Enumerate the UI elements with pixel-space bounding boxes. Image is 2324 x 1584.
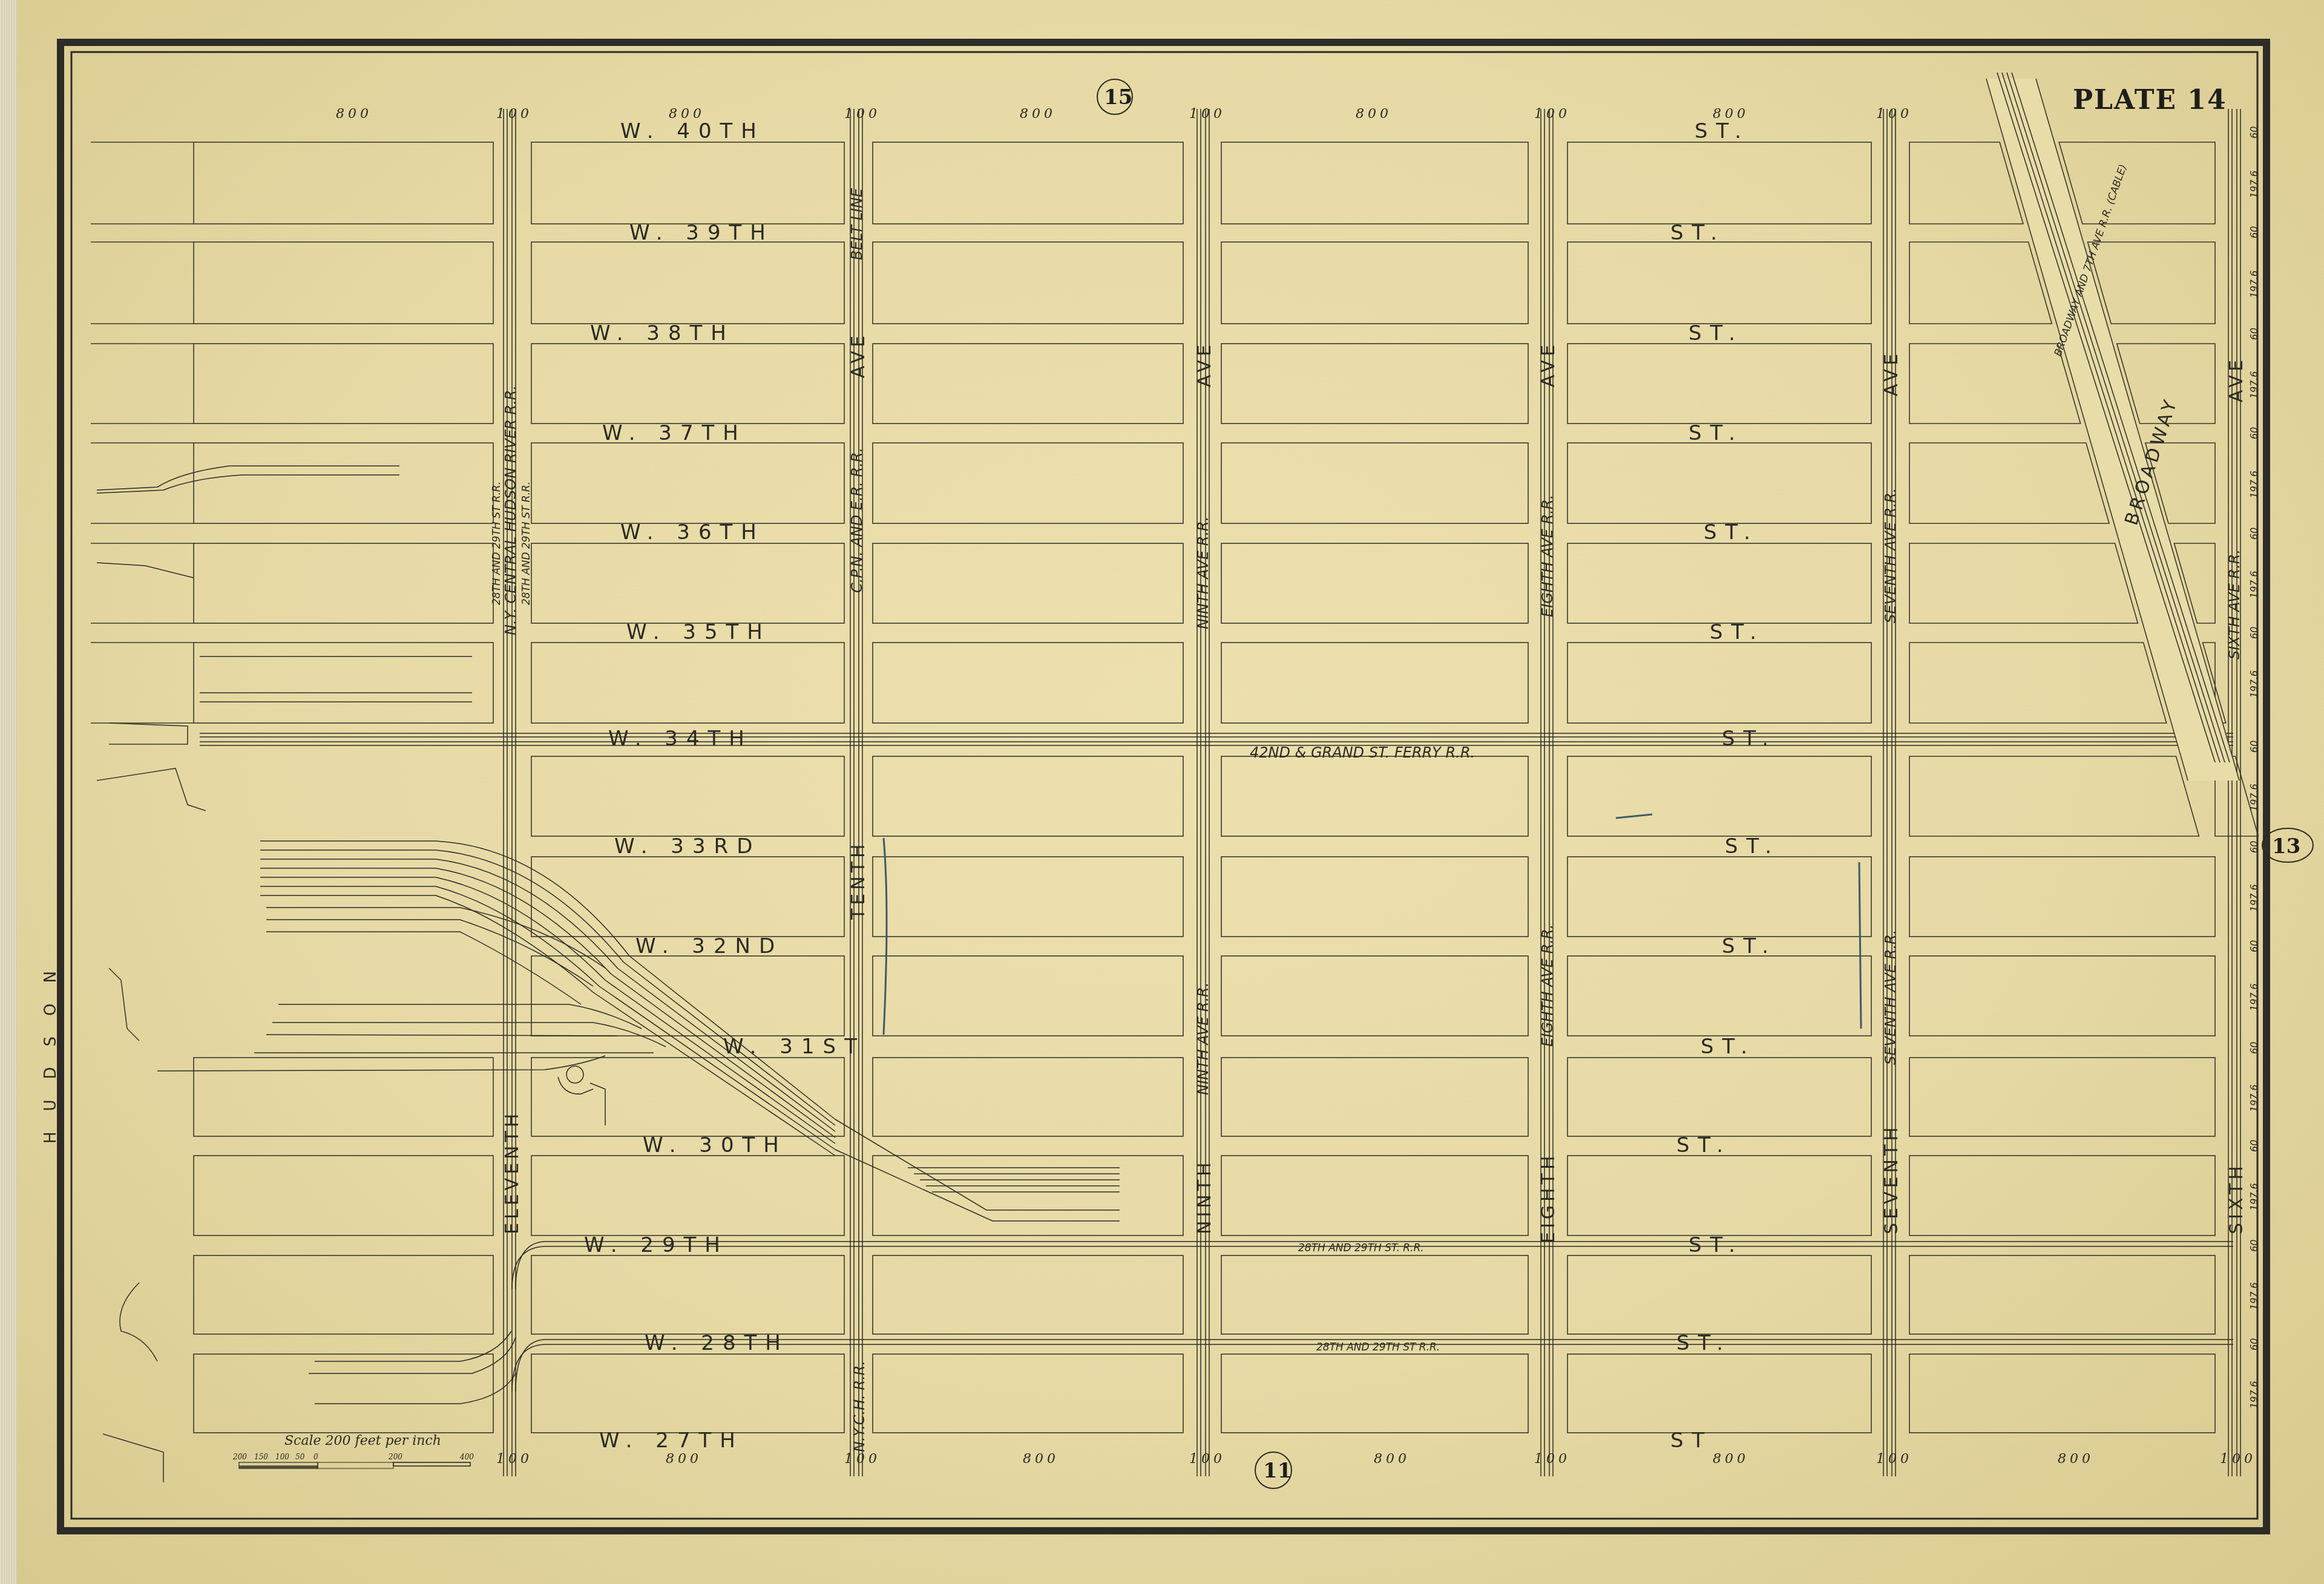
scale-tick-200e: 200 [388,1453,402,1461]
rr-label-seventh-ave: SEVENTH AVE R.R. [1882,488,1899,623]
scale-tick-150: 150 [254,1453,268,1461]
rr-label-eighth-ave-south: EIGHTH AVE R.R. [1539,925,1556,1047]
dim-bot-1: 800 [666,1451,702,1467]
street-suffix-w27: ST [1670,1429,1713,1453]
street-suffix-w29: ST. [1689,1233,1744,1257]
street-label-w28: W. 28TH [645,1331,789,1355]
railroad-labels: N.Y. CENTRAL HUDSON RIVER R.R. 28TH AND … [491,163,2243,1452]
dim-bot-ave-1: 100 [496,1451,533,1467]
avenue-ave-tenth: AVE [848,332,869,378]
scale-tick-0: 0 [313,1453,318,1461]
street-suffix-w30: ST. [1676,1133,1732,1157]
scale-tick-200w: 200 [232,1453,247,1461]
street-width-label: 60 [2248,528,2260,540]
street-suffix-w38: ST. [1689,321,1744,345]
lot-depth-label: 197.6 [2248,670,2260,698]
dim-top-ave-3: 100 [1189,106,1226,122]
river-label: HUDSON [42,951,60,1144]
dim-top-ave-2: 100 [844,106,881,122]
rr-label-cpn-er: C.P.N. AND E.R. R.R. [849,448,865,593]
adjacent-sheet-south[interactable]: 11 [1255,1452,1292,1488]
adjacent-sheet-north[interactable]: 15 [1097,79,1132,114]
rr-label-28-29-west: 28TH AND 29TH ST R.R. [491,482,503,605]
rr-label-belt-line: BELT LINE [849,188,865,260]
rr-label-28-29-east: 28TH AND 29TH ST R.R. [520,482,533,605]
crosstown-28-29-tracks [512,1242,2233,1392]
dim-top-3: 800 [1020,106,1056,122]
roundhouse [558,1066,605,1125]
street-suffix-w36: ST. [1704,520,1759,545]
street-suffix-w37: ST. [1689,421,1744,445]
street-width-label: 60 [2248,328,2260,340]
street-label-w36: W. 36TH [620,520,765,545]
city-blocks [91,142,2258,1433]
dim-top-ave-1: 100 [496,106,533,122]
rr-label-42nd-grand-ferry: 42ND & GRAND ST. FERRY R.R. [1250,744,1475,761]
street-label-w38: W. 38TH [590,321,735,345]
street-label-w30: W. 30TH [643,1133,787,1157]
avenue-label-eighth: EIGHTH [1538,1153,1559,1244]
street-suffix-w28: ST. [1676,1331,1732,1355]
dim-bot-ave-5: 100 [1876,1451,1912,1467]
avenue-ave-sixth: AVE [2226,356,2247,402]
crosstown-34th-tracks [200,733,2233,745]
scale-bar: Scale 200 feet per inch 200 150 100 50 0… [232,1433,474,1468]
street-label-w32: W. 32ND [635,934,783,958]
scale-title: Scale 200 feet per inch [284,1433,441,1448]
street-width-label: 60 [2248,1338,2260,1350]
sheet-number-north: 15 [1104,85,1132,110]
rr-label-28-29-on-28th: 28TH AND 29TH ST R.R. [1316,1341,1440,1353]
street-width-label: 60 [2248,126,2260,139]
street-width-label: 60 [2248,1240,2260,1252]
scale-tick-400: 400 [459,1453,474,1461]
lot-depth-label: 197.6 [2248,983,2260,1011]
street-suffix-w35: ST. [1710,620,1765,644]
street-label-w27: W. 27TH [599,1429,744,1453]
street-suffix-w33: ST. [1725,834,1780,859]
avenue-label-tenth: TENTH [848,840,869,920]
street-labels: W. 40TH W. 39TH W. 38TH W. 37TH W. 36TH … [584,119,865,1453]
lot-depth-label: 197.6 [2248,784,2260,811]
street-width-label: 60 [2248,841,2260,853]
street-width-label: 60 [2248,627,2260,639]
waterfront-outline [97,723,206,1482]
avenue-label-sixth: SIXTH [2226,1162,2247,1234]
rr-label-ninth-ave-south: NINTH AVE R.R. [1195,983,1212,1095]
street-suffix-labels: ST. ST. ST. ST. ST. ST. ST. ST. ST. ST. … [1670,119,1780,1453]
dim-top-1: 800 [336,106,372,122]
dim-bot-3: 800 [1374,1451,1410,1467]
rr-label-ny-central: N.Y. CENTRAL HUDSON RIVER R.R. [502,385,519,635]
rr-label-sixth-ave: SIXTH AVE R.R. [2226,549,2243,659]
street-suffix-w34: ST. [1722,727,1777,751]
street-width-label: 60 [2248,226,2260,238]
avenue-label-eleventh: ELEVENTH [502,1110,523,1234]
lot-depth-label: 197.6 [2248,1282,2260,1310]
street-label-w31: W. 31ST [723,1035,865,1059]
dim-top-ave-5: 100 [1876,106,1912,122]
lot-depth-label: 197.6 [2248,371,2260,399]
rr-label-28-29-on-29th: 28TH AND 29TH ST. R.R. [1298,1242,1424,1254]
street-width-label: 60 [2248,1140,2260,1152]
avenue-ave-seventh: AVE [1881,350,1902,396]
avenue-ave-ninth: AVE [1194,341,1215,387]
avenue-labels: ELEVENTH TENTH AVE NINTH AVE EIGHTH AVE … [502,332,2247,1243]
lot-depth-label: 197.6 [2248,884,2260,912]
dim-top-5: 800 [1713,106,1749,122]
plate-map: PLATE 14 15 11 13 HUDSON W. 40TH W. 39TH… [0,0,2324,1584]
block-dimensions: 800 100 800 100 800 100 800 100 800 100 … [336,106,2256,1467]
lot-depth-label: 197.6 [2248,1183,2260,1211]
dim-top-4: 800 [1356,106,1392,122]
inner-border [71,52,2257,1519]
street-width-label: 60 [2248,427,2260,439]
dim-top-2: 800 [669,106,705,122]
sheet-number-south: 11 [1263,1459,1292,1483]
avenue-label-seventh: SEVENTH [1881,1124,1902,1234]
street-label-w39: W. 39TH [629,221,774,245]
lot-depth-label: 197.6 [2248,1381,2260,1409]
street-suffix-w39: ST. [1670,221,1725,245]
rail-yard-tracks [97,466,1120,1404]
rr-label-ninth-ave: NINTH AVE R.R. [1195,517,1212,629]
street-suffix-w31: ST. [1701,1035,1756,1059]
lot-depth-label: 197.6 [2248,571,2260,598]
dim-bot-ave-2: 100 [844,1451,881,1467]
dim-bot-ave-3: 100 [1189,1451,1226,1467]
street-width-label: 60 [2248,1042,2260,1054]
avenue-tracks [504,109,2240,1476]
sheet-number-east: 13 [2272,834,2300,859]
lot-depth-label: 197.6 [2248,270,2260,298]
dim-bot-ave-6: 100 [2220,1451,2256,1467]
lot-depth-label: 197.6 [2248,171,2260,198]
dim-bot-5: 800 [2058,1451,2094,1467]
street-suffix-w40: ST. [1695,119,1750,143]
street-label-w33: W. 33RD [614,834,761,859]
dim-bot-2: 800 [1023,1451,1059,1467]
dim-bot-ave-4: 100 [1534,1451,1571,1467]
street-label-w29: W. 29TH [584,1233,729,1257]
street-label-w34: W. 34TH [608,727,753,751]
avenue-label-ninth: NINTH [1194,1159,1215,1234]
lot-depth-label: 197.6 [2248,1084,2260,1112]
street-width-label: 60 [2248,940,2260,952]
dim-bot-4: 800 [1713,1451,1749,1467]
street-suffix-w32: ST. [1722,934,1777,958]
plate-title: PLATE 14 [2073,85,2227,116]
rr-label-eighth-ave: EIGHTH AVE R.R. [1539,495,1556,617]
avenue-ave-eighth: AVE [1538,341,1559,387]
outer-border [61,42,2267,1531]
scale-tick-50: 50 [295,1453,305,1461]
street-label-w37: W. 37TH [602,421,747,445]
lot-depth-label: 197.6 [2248,471,2260,499]
rr-label-nych-south: N.Y.C.H. R.R. [851,1361,868,1452]
scale-tick-100: 100 [275,1453,289,1461]
rr-label-seventh-ave-south: SEVENTH AVE R.R. [1882,930,1899,1065]
street-width-label: 60 [2248,741,2260,753]
pencil-annotations [884,814,1861,1035]
street-label-w40: W. 40TH [620,119,765,143]
street-label-w35: W. 35TH [626,620,771,644]
dim-top-ave-4: 100 [1534,106,1571,122]
